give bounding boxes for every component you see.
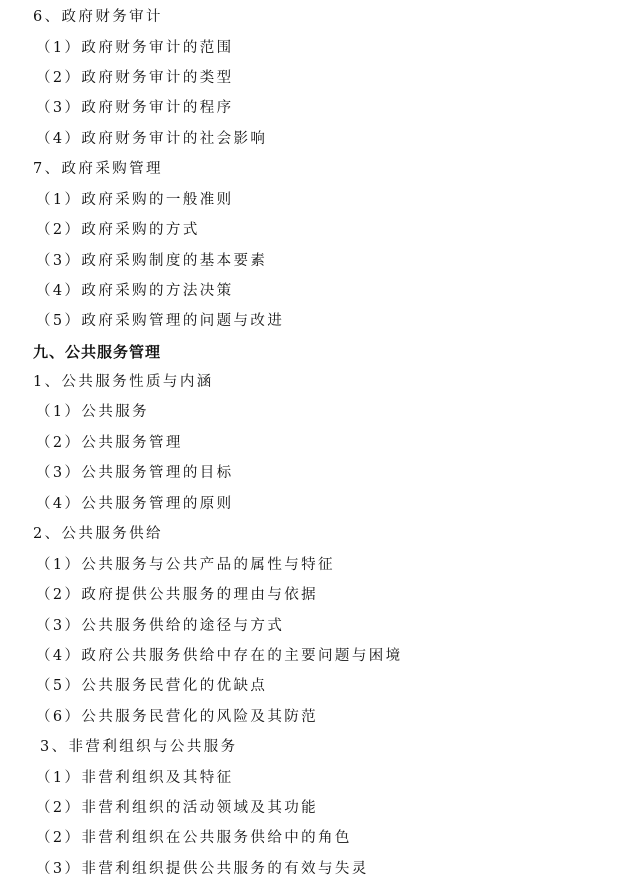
- list-item: （2）政府采购的方式: [36, 220, 200, 240]
- list-item: （3）公共服务供给的途径与方式: [36, 616, 284, 636]
- list-item: （3）公共服务管理的目标: [36, 463, 234, 483]
- list-item: （1）公共服务与公共产品的属性与特征: [36, 555, 335, 575]
- list-item: （5）政府采购管理的问题与改进: [36, 311, 284, 331]
- list-item: （1）政府财务审计的范围: [36, 38, 234, 58]
- list-item: （3）政府财务审计的程序: [36, 98, 234, 118]
- list-item: （1）政府采购的一般准则: [36, 190, 234, 210]
- list-item: （3）非营利组织提供公共服务的有效与失灵: [36, 859, 369, 879]
- section-title: 3、非营利组织与公共服务: [40, 737, 238, 757]
- chapter-heading: 九、公共服务管理: [33, 342, 161, 362]
- list-item: （4）政府财务审计的社会影响: [36, 129, 267, 149]
- list-item: （1）非营利组织及其特征: [36, 768, 234, 788]
- section-title: 6、政府财务审计: [33, 7, 163, 27]
- list-item: （4）政府公共服务供给中存在的主要问题与困境: [36, 646, 403, 666]
- list-item: （5）公共服务民营化的优缺点: [36, 676, 267, 696]
- list-item: （2）政府财务审计的类型: [36, 68, 234, 88]
- document-page: 6、政府财务审计 （1）政府财务审计的范围 （2）政府财务审计的类型 （3）政府…: [0, 0, 622, 891]
- list-item: （6）公共服务民营化的风险及其防范: [36, 707, 318, 727]
- list-item: （4）政府采购的方法决策: [36, 281, 234, 301]
- section-title: 2、公共服务供给: [33, 524, 163, 544]
- section-title: 1、公共服务性质与内涵: [33, 372, 214, 392]
- list-item: （1）公共服务: [36, 402, 149, 422]
- section-title: 7、政府采购管理: [33, 159, 163, 179]
- list-item: （3）政府采购制度的基本要素: [36, 251, 267, 271]
- list-item: （4）公共服务管理的原则: [36, 494, 234, 514]
- list-item: （2）公共服务管理: [36, 433, 183, 453]
- list-item: （2）非营利组织在公共服务供给中的角色: [36, 828, 352, 848]
- list-item: （2）非营利组织的活动领域及其功能: [36, 798, 318, 818]
- list-item: （2）政府提供公共服务的理由与依据: [36, 585, 318, 605]
